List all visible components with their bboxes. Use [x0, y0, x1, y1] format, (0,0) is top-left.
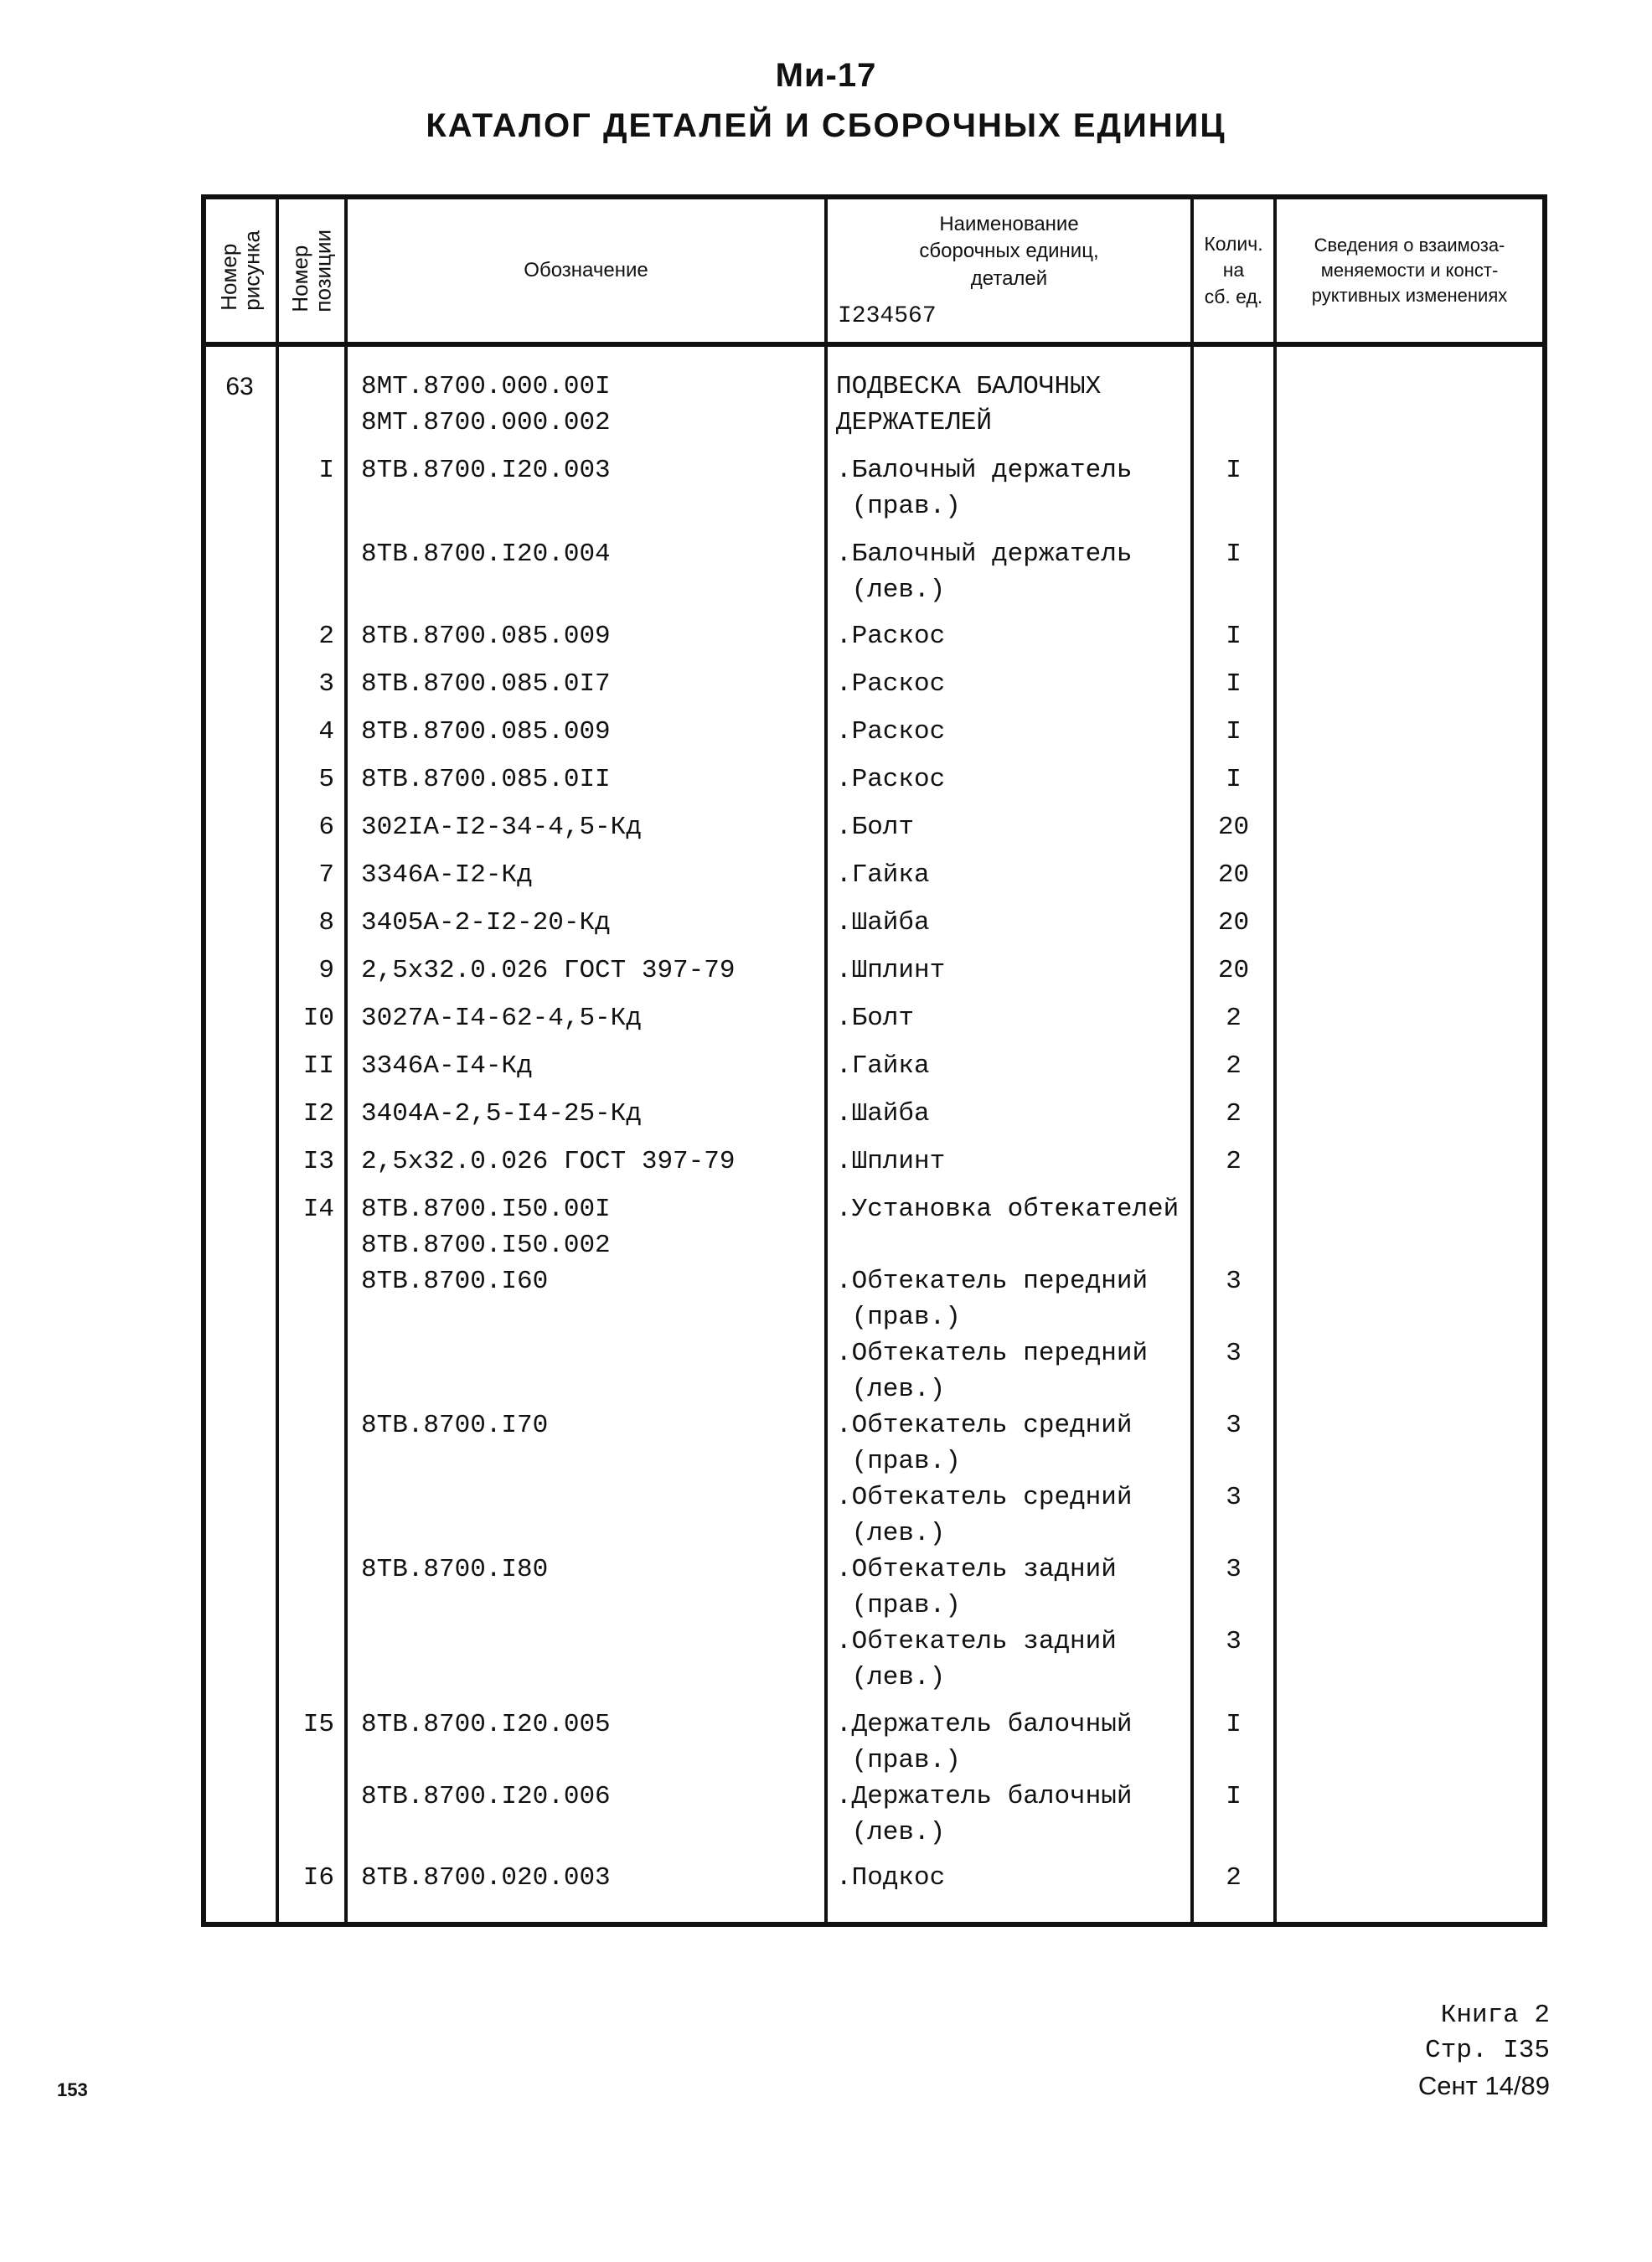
- cell-name: .Обтекатель задний (прав.): [836, 1552, 1188, 1624]
- cell-designation: 8ТВ.8700.I50.00I 8ТВ.8700.I50.002: [361, 1191, 822, 1263]
- cell-quantity: 2: [1194, 1860, 1273, 1896]
- document-model: Ми-17: [0, 57, 1652, 95]
- cell-name: .Шплинт: [836, 953, 1188, 989]
- cell-position-number: I2: [279, 1096, 334, 1132]
- cell-position-number: 3: [279, 666, 334, 702]
- cell-designation: 2,5x32.0.026 ГОСТ 397-79: [361, 953, 822, 989]
- cell-name: .Гайка: [836, 1048, 1188, 1084]
- cell-designation: 302IA-I2-34-4,5-Кд: [361, 809, 822, 845]
- cell-designation: 8ТВ.8700.I80: [361, 1552, 822, 1588]
- cell-name: .Балочный держатель (прав.): [836, 452, 1188, 524]
- cell-quantity: I: [1194, 1779, 1273, 1815]
- header-position-number: Номер позиции: [279, 199, 344, 342]
- cell-quantity: I: [1194, 714, 1273, 750]
- cell-designation: 2,5x32.0.026 ГОСТ 397-79: [361, 1144, 822, 1180]
- cell-name: .Держатель балочный (прав.): [836, 1707, 1188, 1779]
- cell-quantity: 2: [1194, 1000, 1273, 1036]
- cell-position-number: 9: [279, 953, 334, 989]
- cell-quantity: 2: [1194, 1048, 1273, 1084]
- header-figure-number: Номер рисунка: [206, 199, 276, 342]
- cell-designation: 8ТВ.8700.085.009: [361, 618, 822, 654]
- cell-quantity: I: [1194, 536, 1273, 572]
- cell-position-number: 7: [279, 857, 334, 893]
- header-designation-label: Обозначение: [524, 257, 648, 284]
- cell-name: .Обтекатель передний (лев.): [836, 1335, 1188, 1407]
- cell-name: .Болт: [836, 809, 1188, 845]
- cell-name: .Обтекатель задний (лев.): [836, 1624, 1188, 1696]
- cell-name: .Установка обтекателей: [836, 1191, 1188, 1227]
- cell-designation: 3346A-I2-Кд: [361, 857, 822, 893]
- cell-name: .Шайба: [836, 1096, 1188, 1132]
- cell-position-number: 4: [279, 714, 334, 750]
- cell-position-number: I4: [279, 1191, 334, 1227]
- cell-quantity: I: [1194, 1707, 1273, 1743]
- cell-quantity: 3: [1194, 1480, 1273, 1516]
- cell-position-number: II: [279, 1048, 334, 1084]
- cell-designation: 8ТВ.8700.I20.003: [361, 452, 822, 488]
- footer-page: Стр. I35: [1425, 2036, 1550, 2065]
- cell-designation: 8ТВ.8700.020.003: [361, 1860, 822, 1896]
- cell-designation: 3404A-2,5-I4-25-Кд: [361, 1096, 822, 1132]
- cell-quantity: I: [1194, 618, 1273, 654]
- cell-designation: 8ТВ.8700.I20.005: [361, 1707, 822, 1743]
- cell-name: .Обтекатель средний (прав.): [836, 1407, 1188, 1480]
- cell-position-number: 6: [279, 809, 334, 845]
- cell-designation: 3027A-I4-62-4,5-Кд: [361, 1000, 822, 1036]
- cell-quantity: I: [1194, 666, 1273, 702]
- cell-position-number: 2: [279, 618, 334, 654]
- header-designation: Обозначение: [348, 199, 824, 342]
- cell-quantity: 3: [1194, 1624, 1273, 1660]
- header-position-number-label: Номер позиции: [289, 230, 335, 312]
- cell-position-number: 8: [279, 905, 334, 941]
- cell-name: .Раскос: [836, 666, 1188, 702]
- cell-quantity: 20: [1194, 857, 1273, 893]
- header-quantity: Колич. на сб. ед.: [1194, 199, 1273, 342]
- footer-book: Книга 2: [1441, 2001, 1550, 2030]
- footer-date: Сент 14/89: [1418, 2071, 1550, 2101]
- column-divider: [824, 199, 828, 1922]
- cell-quantity: I: [1194, 762, 1273, 798]
- cell-name: .Раскос: [836, 618, 1188, 654]
- cell-name: .Держатель балочный (лев.): [836, 1779, 1188, 1851]
- header-name-label: Наименование сборочных единиц, деталей: [919, 211, 1098, 292]
- cell-designation: 8ТВ.8700.I20.006: [361, 1779, 822, 1815]
- header-figure-number-label: Номер рисунка: [218, 230, 264, 311]
- cell-figure-number: 63: [214, 369, 265, 405]
- cell-name: .Подкос: [836, 1860, 1188, 1896]
- cell-designation: 8ТВ.8700.I70: [361, 1407, 822, 1443]
- cell-position-number: I6: [279, 1860, 334, 1896]
- cell-designation: 3346A-I4-Кд: [361, 1048, 822, 1084]
- cell-quantity: 3: [1194, 1407, 1273, 1443]
- cell-designation: 3405A-2-I2-20-Кд: [361, 905, 822, 941]
- cell-designation: 8ТВ.8700.085.009: [361, 714, 822, 750]
- cell-name: ПОДВЕСКА БАЛОЧНЫХ ДЕРЖАТЕЛЕЙ: [836, 369, 1188, 441]
- cell-quantity: 20: [1194, 809, 1273, 845]
- cell-designation: 8ТВ.8700.085.0I7: [361, 666, 822, 702]
- cell-name: .Обтекатель передний (прав.): [836, 1263, 1188, 1335]
- cell-quantity: 2: [1194, 1096, 1273, 1132]
- cell-name: .Раскос: [836, 762, 1188, 798]
- sheet-number: 153: [57, 2079, 88, 2101]
- cell-position-number: I5: [279, 1707, 334, 1743]
- header-interchangeability-label: Сведения о взаимоза- меняемости и конст-…: [1312, 233, 1507, 307]
- cell-quantity: 3: [1194, 1263, 1273, 1299]
- cell-designation: 8ТВ.8700.085.0II: [361, 762, 822, 798]
- cell-position-number: I3: [279, 1144, 334, 1180]
- column-divider: [344, 199, 348, 1922]
- cell-designation: 8ТВ.8700.I20.004: [361, 536, 822, 572]
- cell-name: .Болт: [836, 1000, 1188, 1036]
- cell-position-number: 5: [279, 762, 334, 798]
- cell-quantity: I: [1194, 452, 1273, 488]
- column-divider: [1273, 199, 1277, 1922]
- cell-name: .Балочный держатель (лев.): [836, 536, 1188, 608]
- cell-quantity: 3: [1194, 1335, 1273, 1371]
- cell-quantity: 2: [1194, 1144, 1273, 1180]
- cell-name: .Шайба: [836, 905, 1188, 941]
- parts-catalog-table: Номер рисунка Номер позиции Обозначение …: [201, 194, 1547, 1927]
- cell-quantity: 3: [1194, 1552, 1273, 1588]
- cell-designation: 8ТВ.8700.I60: [361, 1263, 822, 1299]
- header-quantity-label: Колич. на сб. ед.: [1204, 231, 1262, 309]
- cell-quantity: 20: [1194, 953, 1273, 989]
- document-title: КАТАЛОГ ДЕТАЛЕЙ И СБОРОЧНЫХ ЕДИНИЦ: [0, 107, 1652, 145]
- cell-name: .Шплинт: [836, 1144, 1188, 1180]
- cell-designation: 8МТ.8700.000.00I 8МТ.8700.000.002: [361, 369, 822, 441]
- header-interchangeability: Сведения о взаимоза- меняемости и конст-…: [1277, 199, 1542, 342]
- cell-quantity: 20: [1194, 905, 1273, 941]
- cell-name: .Гайка: [836, 857, 1188, 893]
- cell-position-number: I: [279, 452, 334, 488]
- cell-position-number: I0: [279, 1000, 334, 1036]
- cell-name: .Раскос: [836, 714, 1188, 750]
- cell-name: .Обтекатель средний (лев.): [836, 1480, 1188, 1552]
